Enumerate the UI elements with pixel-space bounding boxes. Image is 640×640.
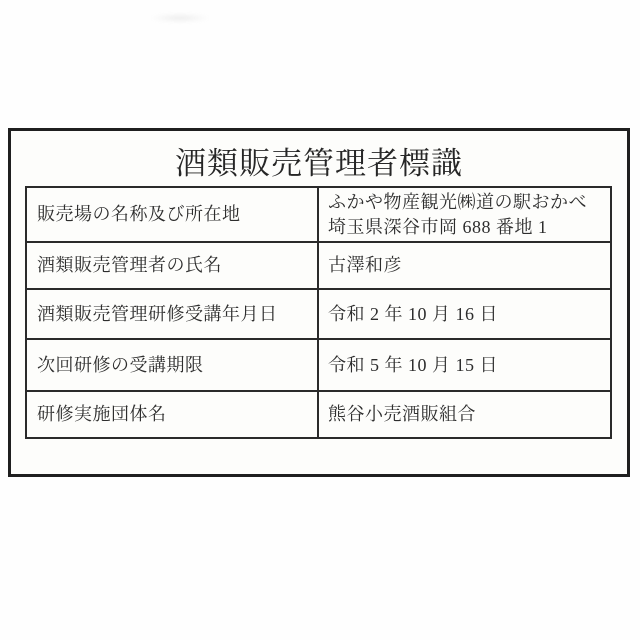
scan-smudge — [150, 14, 210, 22]
value-line: 令和 5 年 10 月 15 日 — [328, 353, 604, 378]
table-row-training-date: 酒類販売管理研修受講年月日 令和 2 年 10 月 16 日 — [27, 290, 610, 340]
row-value: 熊谷小売酒販組合 — [319, 392, 610, 437]
row-label: 販売場の名称及び所在地 — [27, 188, 319, 241]
row-label: 酒類販売管理研修受講年月日 — [27, 290, 319, 338]
row-value: ふかや物産観光㈱道の駅おかべ 埼玉県深谷市岡 688 番地 1 — [319, 188, 610, 241]
value-line: 埼玉県深谷市岡 688 番地 1 — [328, 215, 604, 240]
table-row-manager-name: 酒類販売管理者の氏名 古澤和彦 — [27, 243, 610, 290]
table-row-next-training-deadline: 次回研修の受講期限 令和 5 年 10 月 15 日 — [27, 340, 610, 392]
row-label: 酒類販売管理者の氏名 — [27, 243, 319, 288]
sign-title: 酒類販売管理者標識 — [11, 138, 627, 183]
table-row-sales-place: 販売場の名称及び所在地 ふかや物産観光㈱道の駅おかべ 埼玉県深谷市岡 688 番… — [27, 188, 610, 243]
row-value: 令和 5 年 10 月 15 日 — [319, 340, 610, 390]
table-row-training-organization: 研修実施団体名 熊谷小売酒販組合 — [27, 392, 610, 437]
value-line: 令和 2 年 10 月 16 日 — [328, 302, 604, 327]
row-value: 古澤和彦 — [319, 243, 610, 288]
value-line: 熊谷小売酒販組合 — [328, 402, 604, 427]
sign-info-table: 販売場の名称及び所在地 ふかや物産観光㈱道の駅おかべ 埼玉県深谷市岡 688 番… — [25, 186, 612, 439]
row-label: 研修実施団体名 — [27, 392, 319, 437]
row-label: 次回研修の受講期限 — [27, 340, 319, 390]
value-line: ふかや物産観光㈱道の駅おかべ — [328, 190, 604, 215]
liquor-sales-manager-sign: 酒類販売管理者標識 販売場の名称及び所在地 ふかや物産観光㈱道の駅おかべ 埼玉県… — [8, 128, 630, 477]
value-line: 古澤和彦 — [328, 253, 604, 278]
row-value: 令和 2 年 10 月 16 日 — [319, 290, 610, 338]
